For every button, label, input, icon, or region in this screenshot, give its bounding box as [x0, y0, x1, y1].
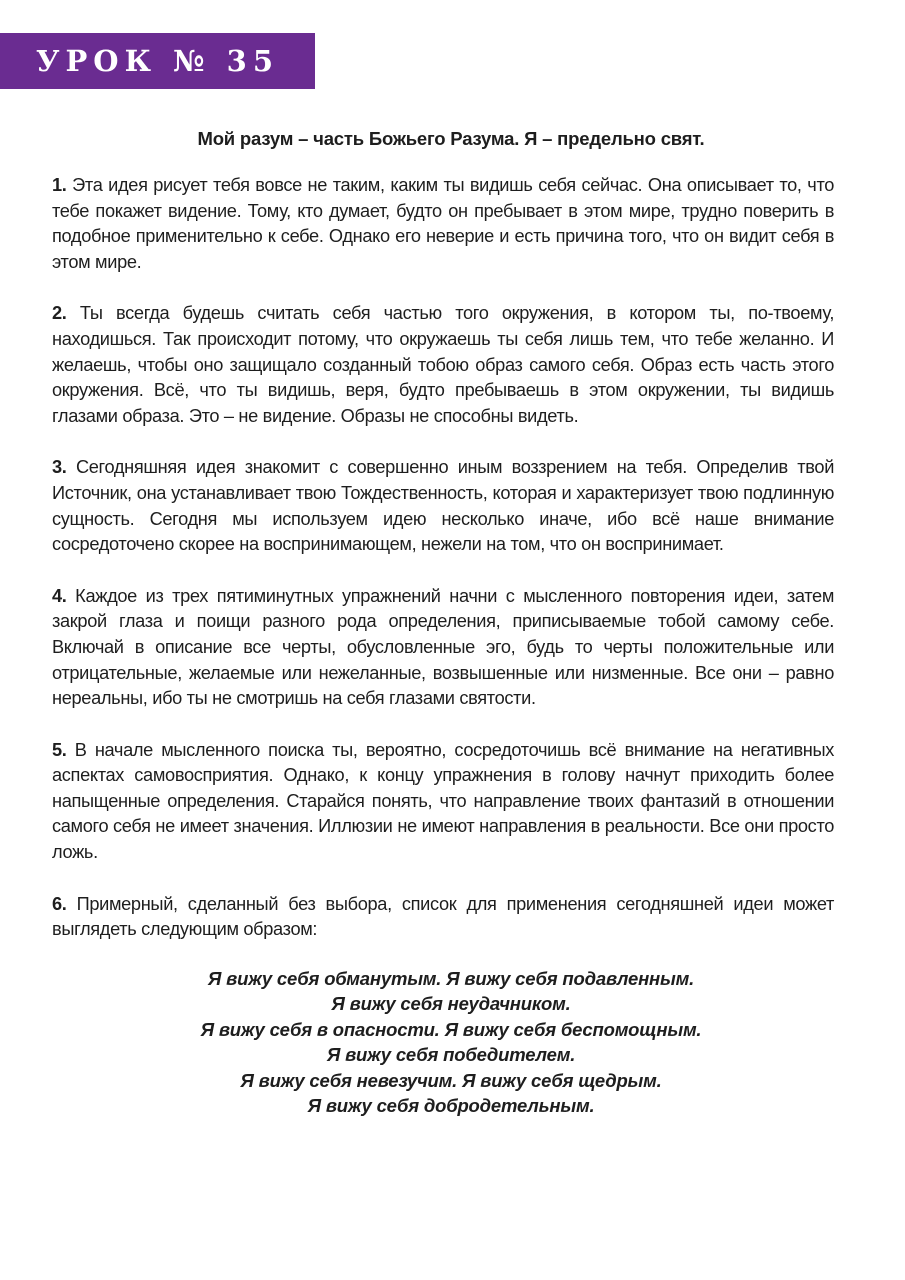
paragraph-text: Примерный, сделанный без выбора, список …: [52, 893, 834, 940]
paragraph-number: 3.: [52, 456, 67, 477]
example-line: Я вижу себя обманутым. Я вижу себя подав…: [52, 966, 850, 992]
paragraph-1: 1. Эта идея рисует тебя вовсе не таким, …: [52, 172, 834, 274]
paragraph-text: Ты всегда будешь считать себя частью тог…: [52, 302, 834, 425]
lesson-number-banner: УРОК № 35: [0, 33, 315, 89]
lesson-title: Мой разум – часть Божьего Разума. Я – пр…: [52, 128, 850, 150]
example-line: Я вижу себя невезучим. Я вижу себя щедры…: [52, 1068, 850, 1094]
paragraph-text: В начале мысленного поиска ты, вероятно,…: [52, 739, 834, 862]
lesson-number-label: УРОК № 35: [36, 44, 279, 78]
paragraph-number: 5.: [52, 739, 67, 760]
paragraph-2: 2. Ты всегда будешь считать себя частью …: [52, 300, 834, 428]
paragraph-5: 5. В начале мысленного поиска ты, вероят…: [52, 737, 834, 865]
example-line: Я вижу себя победителем.: [52, 1042, 850, 1068]
paragraph-number: 6.: [52, 893, 67, 914]
paragraph-number: 1.: [52, 174, 67, 195]
paragraph-number: 4.: [52, 585, 67, 606]
paragraph-text: Каждое из трех пятиминутных упражнений н…: [52, 585, 834, 708]
paragraph-number: 2.: [52, 302, 67, 323]
paragraph-6: 6. Примерный, сделанный без выбора, спис…: [52, 891, 834, 942]
lesson-content: Мой разум – часть Божьего Разума. Я – пр…: [52, 128, 850, 1119]
paragraph-4: 4. Каждое из трех пятиминутных упражнени…: [52, 583, 834, 711]
paragraph-text: Сегодняшняя идея знакомит с совершенно и…: [52, 456, 834, 554]
paragraph-text: Эта идея рисует тебя вовсе не таким, как…: [52, 174, 834, 272]
paragraph-3: 3. Сегодняшняя идея знакомит с совершенн…: [52, 454, 834, 556]
example-line: Я вижу себя в опасности. Я вижу себя бес…: [52, 1017, 850, 1043]
example-line: Я вижу себя добродетельным.: [52, 1093, 850, 1119]
example-line: Я вижу себя неудачником.: [52, 991, 850, 1017]
example-list: Я вижу себя обманутым. Я вижу себя подав…: [52, 966, 850, 1119]
